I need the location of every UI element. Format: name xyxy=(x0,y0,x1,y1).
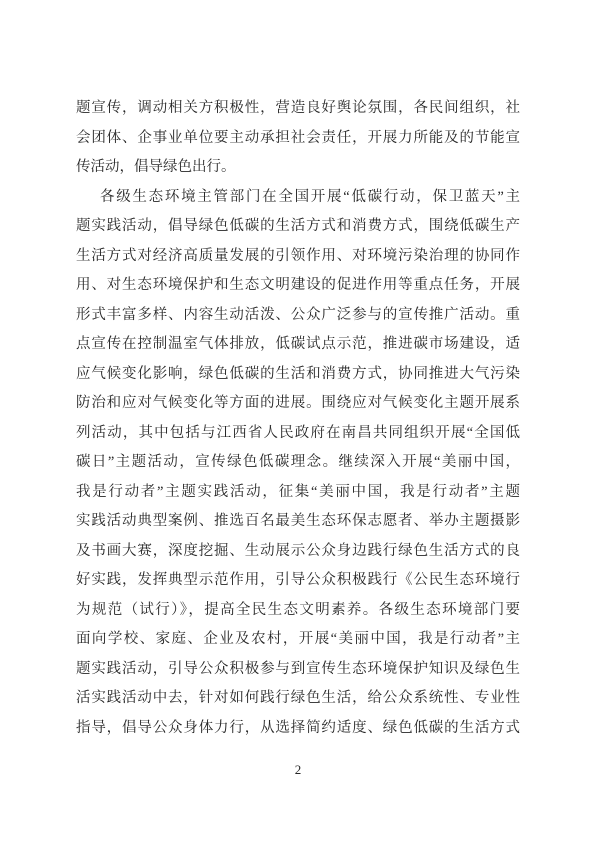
text-line-paragraph-end: 传活动，倡导绿色出行。 xyxy=(76,153,520,183)
text-line: 列活动，其中包括与江西省人民政府在南昌共同组织开展“全国低 xyxy=(76,419,520,449)
text-line: 题宣传，调动相关方积极性，营造良好舆论氛围，各民间组织，社 xyxy=(76,94,520,124)
text-line: 实践活动典型案例、推选百名最美生态环保志愿者、举办主题摄影 xyxy=(76,507,520,537)
text-line: 应气候变化影响，绿色低碳的生活和消费方式，协同推进大气污染 xyxy=(76,360,520,390)
text-line: 我是行动者”主题实践活动，征集“美丽中国，我是行动者”主题 xyxy=(76,478,520,508)
text-line: 指导，倡导公众身体力行，从选择简约适度、绿色低碳的生活方式 xyxy=(76,714,520,744)
text-line: 会团体、企事业单位要主动承担社会责任，开展力所能及的节能宣 xyxy=(76,124,520,154)
page-number: 2 xyxy=(0,762,596,778)
document-page: 题宣传，调动相关方积极性，营造良好舆论氛围，各民间组织，社 会团体、企事业单位要… xyxy=(0,0,596,842)
body-text: 题宣传，调动相关方积极性，营造良好舆论氛围，各民间组织，社 会团体、企事业单位要… xyxy=(76,94,520,743)
text-line: 点宣传在控制温室气体排放，低碳试点示范，推进碳市场建设，适 xyxy=(76,330,520,360)
text-line: 题实践活动，引导公众积极参与到宣传生态环境保护知识及绿色生 xyxy=(76,655,520,685)
text-line: 生活方式对经济高质量发展的引领作用、对环境污染治理的协同作 xyxy=(76,242,520,272)
text-line: 碳日”主题活动，宣传绿色低碳理念。继续深入开展“美丽中国， xyxy=(76,448,520,478)
text-line: 题实践活动，倡导绿色低碳的生活方式和消费方式，围绕低碳生产 xyxy=(76,212,520,242)
text-line: 面向学校、家庭、企业及农村，开展“美丽中国，我是行动者”主 xyxy=(76,625,520,655)
text-line: 活实践活动中去，针对如何践行绿色生活，给公众系统性、专业性 xyxy=(76,684,520,714)
text-line: 及书画大赛，深度挖掘、生动展示公众身边践行绿色生活方式的良 xyxy=(76,537,520,567)
text-line: 好实践，发挥典型示范作用，引导公众积极践行《公民生态环境行 xyxy=(76,566,520,596)
text-line: 防治和应对气候变化等方面的进展。围绕应对气候变化主题开展系 xyxy=(76,389,520,419)
text-line-paragraph-start: 各级生态环境主管部门在全国开展“低碳行动，保卫蓝天”主 xyxy=(76,183,520,213)
text-line: 为规范（试行）》，提高全民生态文明素养。各级生态环境部门要 xyxy=(76,596,520,626)
text-line: 用、对生态环境保护和生态文明建设的促进作用等重点任务，开展 xyxy=(76,271,520,301)
text-line: 形式丰富多样、内容生动活泼、公众广泛参与的宣传推广活动。重 xyxy=(76,301,520,331)
